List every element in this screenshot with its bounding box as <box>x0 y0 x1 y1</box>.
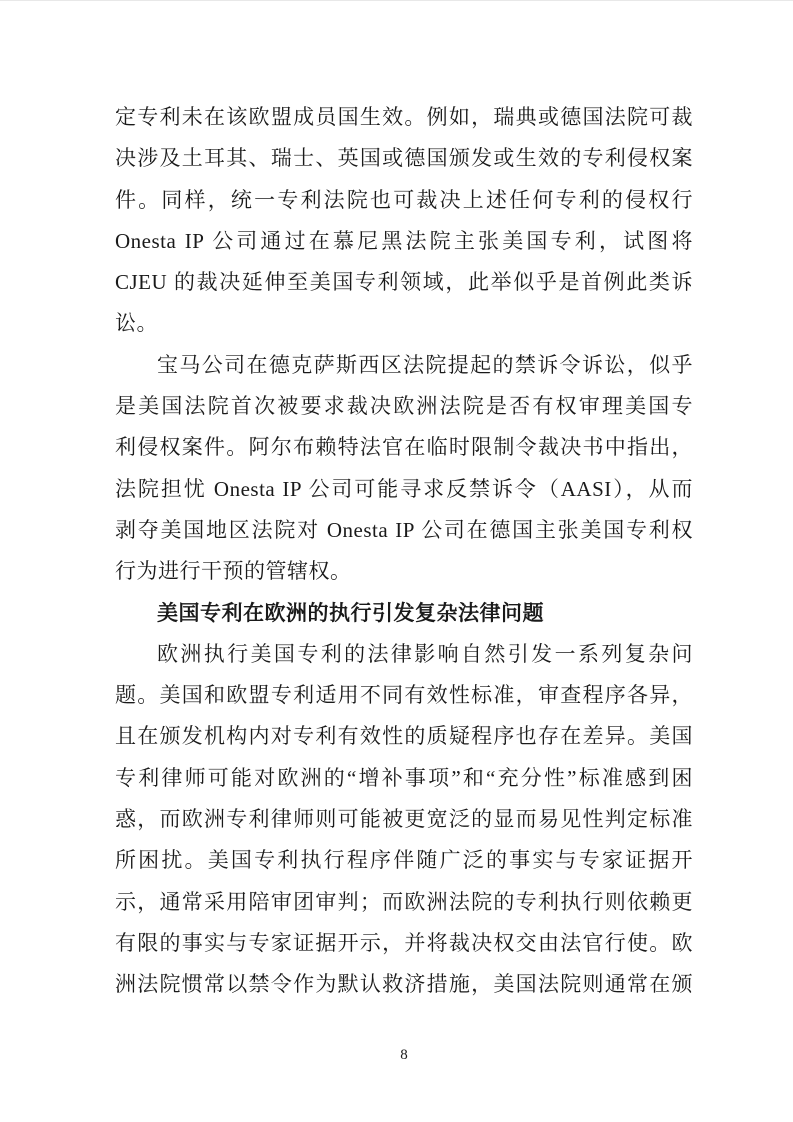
page-top-edge <box>0 0 793 1</box>
text-line: 法院担忧 Onesta IP 公司可能寻求反禁诉令（AASI），从而 <box>115 469 693 510</box>
page-number: 8 <box>400 1047 408 1063</box>
page-footer: 8 <box>115 1044 693 1066</box>
text-line: 剥夺美国地区法院对 Onesta IP 公司在德国主张美国专利权 <box>115 510 693 551</box>
text-line: 洲法院惯常以禁令作为默认救济措施，美国法院则通常在颁 <box>115 964 693 1005</box>
text-line: 示，通常采用陪审团审判；而欧洲法院的专利执行则依赖更 <box>115 882 693 923</box>
section-heading: 美国专利在欧洲的执行引发复杂法律问题 <box>115 593 693 634</box>
document-page: { "page": { "number": "8", "background_c… <box>0 0 793 1122</box>
text-line: 是美国法院首次被要求裁决欧洲法院是否有权审理美国专 <box>115 386 693 427</box>
text-line: 定专利未在该欧盟成员国生效。例如，瑞典或德国法院可裁 <box>115 97 693 138</box>
text-line: 欧洲执行美国专利的法律影响自然引发一系列复杂问 <box>115 634 693 675</box>
text-line: CJEU 的裁决延伸至美国专利领域，此举似乎是首例此类诉 <box>115 262 693 303</box>
text-line: 宝马公司在德克萨斯西区法院提起的禁诉令诉讼，似乎 <box>115 345 693 386</box>
text-line: 件。同样，统一专利法院也可裁决上述任何专利的侵权行为。 <box>115 180 693 221</box>
text-line: 题。美国和欧盟专利适用不同有效性标准，审查程序各异， <box>115 675 693 716</box>
text-line: 专利律师可能对欧洲的“增补事项”和“充分性”标准感到困 <box>115 758 693 799</box>
text-line: 行为进行干预的管辖权。 <box>115 551 693 592</box>
text-line: 所困扰。美国专利执行程序伴随广泛的事实与专家证据开 <box>115 840 693 881</box>
text-line: 有限的事实与专家证据开示，并将裁决权交由法官行使。欧 <box>115 923 693 964</box>
text-line: Onesta IP 公司通过在慕尼黑法院主张美国专利，试图将 <box>115 221 693 262</box>
text-line: 利侵权案件。阿尔布赖特法官在临时限制令裁决书中指出， <box>115 427 693 468</box>
text-line: 讼。 <box>115 303 693 344</box>
text-line: 决涉及土耳其、瑞士、英国或德国颁发或生效的专利侵权案 <box>115 138 693 179</box>
text-line: 且在颁发机构内对专利有效性的质疑程序也存在差异。美国 <box>115 716 693 757</box>
text-line: 惑，而欧洲专利律师则可能被更宽泛的显而易见性判定标准 <box>115 799 693 840</box>
document-text-block: 定专利未在该欧盟成员国生效。例如，瑞典或德国法院可裁决涉及土耳其、瑞士、英国或德… <box>115 97 693 1006</box>
